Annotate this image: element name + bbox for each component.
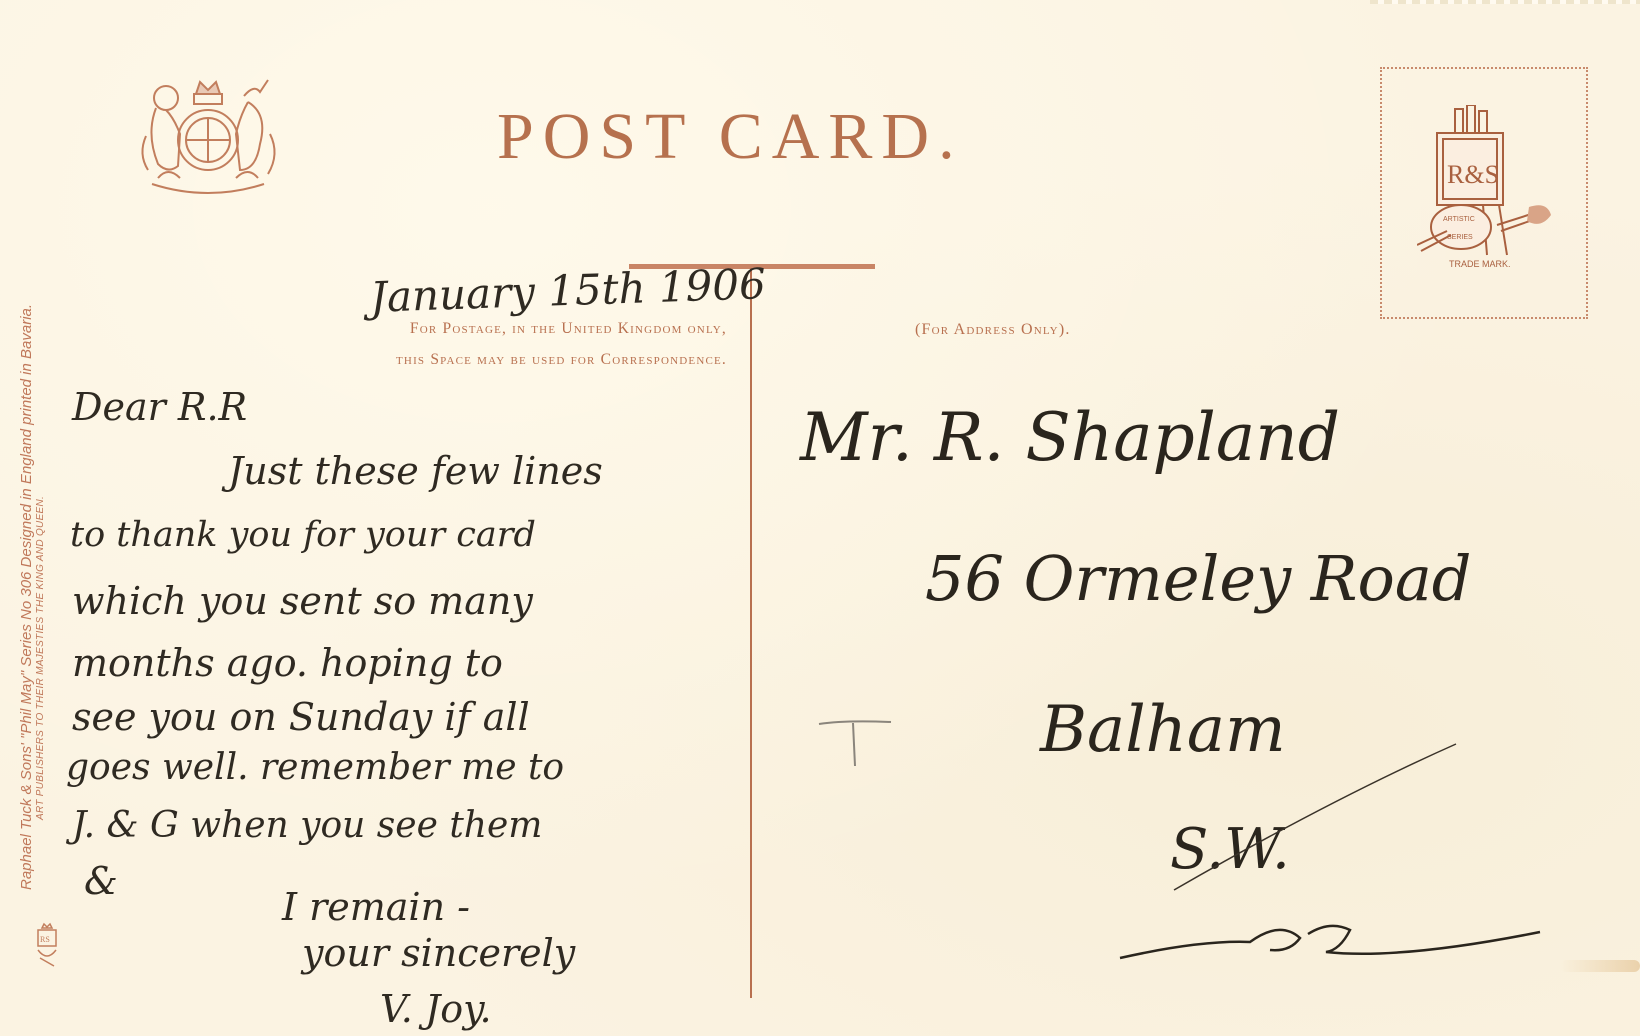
- pen-stroke: [1170, 740, 1460, 900]
- royal-coat-of-arms-icon: [128, 74, 288, 204]
- message-line: Dear R.R: [72, 388, 247, 426]
- message-line: your sincerely: [302, 934, 575, 972]
- message-line: see you on Sunday if all: [72, 698, 530, 736]
- message-line: goes well. remember me to: [66, 750, 564, 786]
- pencil-t-mark: [815, 718, 895, 768]
- paper-stain: [1560, 960, 1640, 972]
- message-line: &: [84, 862, 118, 900]
- message-line: which you sent so many: [72, 582, 533, 620]
- postcard-title: POST CARD.: [497, 104, 964, 170]
- address-label: (For Address Only).: [915, 321, 1071, 339]
- message-line: Just these few lines: [228, 452, 603, 490]
- small-publisher-mark-icon: RS: [34, 922, 60, 970]
- svg-text:R&S: R&S: [1447, 160, 1499, 189]
- imprint-line-2: ART PUBLISHERS TO THEIR MAJESTIES THE KI…: [35, 90, 46, 820]
- message-line: to thank you for your card: [70, 518, 536, 553]
- imprint-line-1: Raphael Tuck & Sons' "Phil May" Series N…: [18, 90, 35, 890]
- instruction-line-2: this Space may be used for Correspondenc…: [127, 344, 727, 375]
- message-line: months ago. hoping to: [72, 644, 503, 682]
- recipient-name: Mr. R. Shapland: [800, 405, 1340, 471]
- perforated-edge: [1370, 0, 1640, 4]
- message-line: I remain -: [282, 888, 470, 926]
- easel-palette-trademark-icon: R&S ARTISTIC SERIES TRADE MARK.: [1417, 105, 1552, 270]
- correspondence-instructions: For Postage, in the United Kingdom only,…: [127, 313, 727, 375]
- publisher-imprint: Raphael Tuck & Sons' "Phil May" Series N…: [18, 90, 46, 890]
- svg-text:TRADE MARK.: TRADE MARK.: [1449, 259, 1511, 269]
- recipient-street: 56 Ormeley Road: [925, 548, 1471, 610]
- center-divider: [750, 268, 752, 998]
- svg-text:RS: RS: [40, 935, 50, 944]
- postcard: Raphael Tuck & Sons' "Phil May" Series N…: [0, 0, 1640, 1036]
- svg-text:ARTISTIC: ARTISTIC: [1443, 216, 1475, 223]
- signature: V. Joy.: [380, 990, 492, 1028]
- message-line: J. & G when you see them: [72, 808, 542, 844]
